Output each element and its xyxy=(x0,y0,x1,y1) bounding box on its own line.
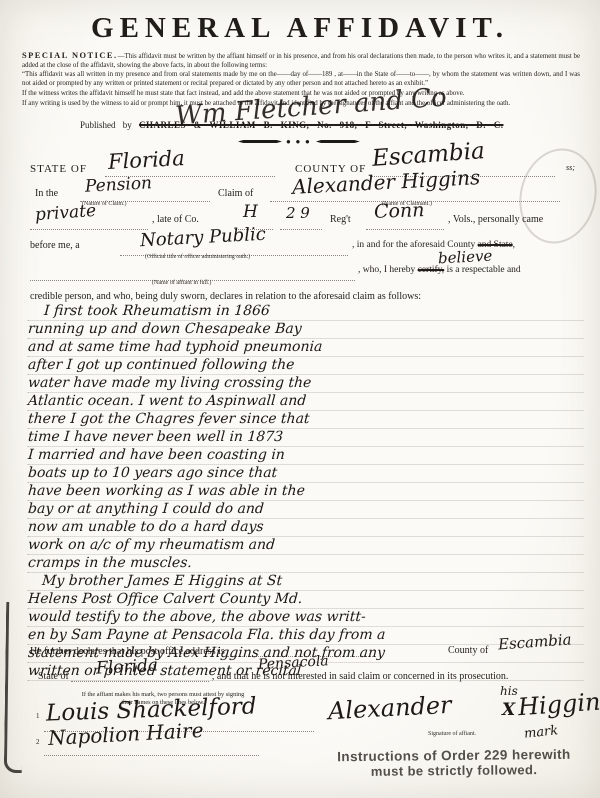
ss-notation: ss; xyxy=(566,163,575,172)
handwritten-line: I married and have been coasting in xyxy=(27,447,584,465)
witness2-number: 2 xyxy=(36,738,40,746)
handwritten-line: water have made my living crossing the xyxy=(27,375,584,393)
handwritten-line: after I got up continued following the xyxy=(27,357,584,375)
handwritten-line: Atlantic ocean. I went to Aspinwall and xyxy=(27,393,584,411)
witness1-number: 1 xyxy=(36,712,40,720)
document-title: GENERAL AFFIDAVIT. xyxy=(0,12,600,45)
his-annotation: his xyxy=(500,684,518,698)
handwritten-line: cramps in the muscles. xyxy=(27,555,584,573)
footer-state-handwriting: Florida xyxy=(96,655,159,678)
divider-bar-right xyxy=(316,140,360,143)
who-i-hereby-label: , who, I hereby xyxy=(358,265,418,275)
claim-of-label: Claim of xyxy=(218,188,253,199)
affidavit-document: GENERAL AFFIDAVIT. SPECIAL NOTICE.—This … xyxy=(0,0,600,798)
handwritten-line: work on a/c of my rheumatism and xyxy=(27,537,584,555)
handwritten-line: and at same time had typhoid pneumonia xyxy=(27,339,584,357)
ink-bracket-mark xyxy=(4,602,24,773)
affidavit-body-handwriting: I first took Rheumatism in 1866running u… xyxy=(28,303,584,681)
trailing-comma: , xyxy=(513,240,515,250)
signature-of-affiant-caption: Signature of affiant. xyxy=(428,731,476,737)
late-of-co-label: , late of Co. xyxy=(152,214,199,225)
state-of-label: STATE OF xyxy=(30,163,87,175)
before-me-label: before me, a xyxy=(30,240,80,251)
handwritten-line: now am unable to do a hard days xyxy=(27,519,584,537)
divider-dots: ● ● ● xyxy=(286,140,312,143)
mark-annotation: mark xyxy=(523,723,559,741)
handwritten-line: boats up to 10 years ago since that xyxy=(27,465,584,483)
handwritten-line: Helens Post Office Calvert County Md. xyxy=(27,591,584,609)
notice-paragraph-1: SPECIAL NOTICE.—This affidavit must be w… xyxy=(22,52,580,70)
credible-person-line: credible person, and who, being duly swo… xyxy=(30,291,421,302)
affiant-signature-first: Alexander xyxy=(327,691,452,725)
published-prefix: Published by xyxy=(80,120,132,130)
rank-blank xyxy=(30,218,148,230)
handwritten-line: My brother James E Higgins at St xyxy=(27,573,584,591)
divider-bar-left xyxy=(238,140,282,143)
handwritten-line: time I have never been well in 1873 xyxy=(27,429,584,447)
notice-lead: SPECIAL NOTICE. xyxy=(22,51,118,60)
handwritten-line: bay or at anything I could do and xyxy=(27,501,584,519)
handwritten-line: have been working as I was able in the xyxy=(27,483,584,501)
regiment-number-blank xyxy=(280,218,322,230)
ornament-divider: ● ● ● xyxy=(238,140,362,143)
handwritten-line: running up and down Chesapeake Bay xyxy=(27,321,584,339)
order-229-stamp: Instructions of Order 229 herewith must … xyxy=(318,747,590,780)
affiant-signature-last: Higgins xyxy=(517,687,600,722)
x-mark: X xyxy=(502,700,515,720)
handwritten-line: there I got the Chagres fever since that xyxy=(27,411,584,429)
regiment-blank xyxy=(366,218,444,230)
stamp-line-2: must be strictly followed. xyxy=(318,762,590,780)
affiant-name-caption: (Name of affiant in full.) xyxy=(152,280,211,286)
handwritten-line: I first took Rheumatism in 1866 xyxy=(27,303,584,321)
vols-text: , Vols., personally came xyxy=(448,214,543,225)
notice-paragraph-2: “This affidavit was all written in my pr… xyxy=(22,71,580,88)
in-the-label: In the xyxy=(35,188,58,199)
handwritten-line: would testify to the above, the above wa… xyxy=(27,609,584,627)
stamp-line-1: Instructions of Order 229 herewith xyxy=(318,747,590,765)
witness2-line xyxy=(44,744,259,756)
regt-label: Reg't xyxy=(330,214,351,225)
believe-handwriting: believe xyxy=(438,247,493,268)
officer-title-caption: (Official title of officer administering… xyxy=(145,254,250,260)
